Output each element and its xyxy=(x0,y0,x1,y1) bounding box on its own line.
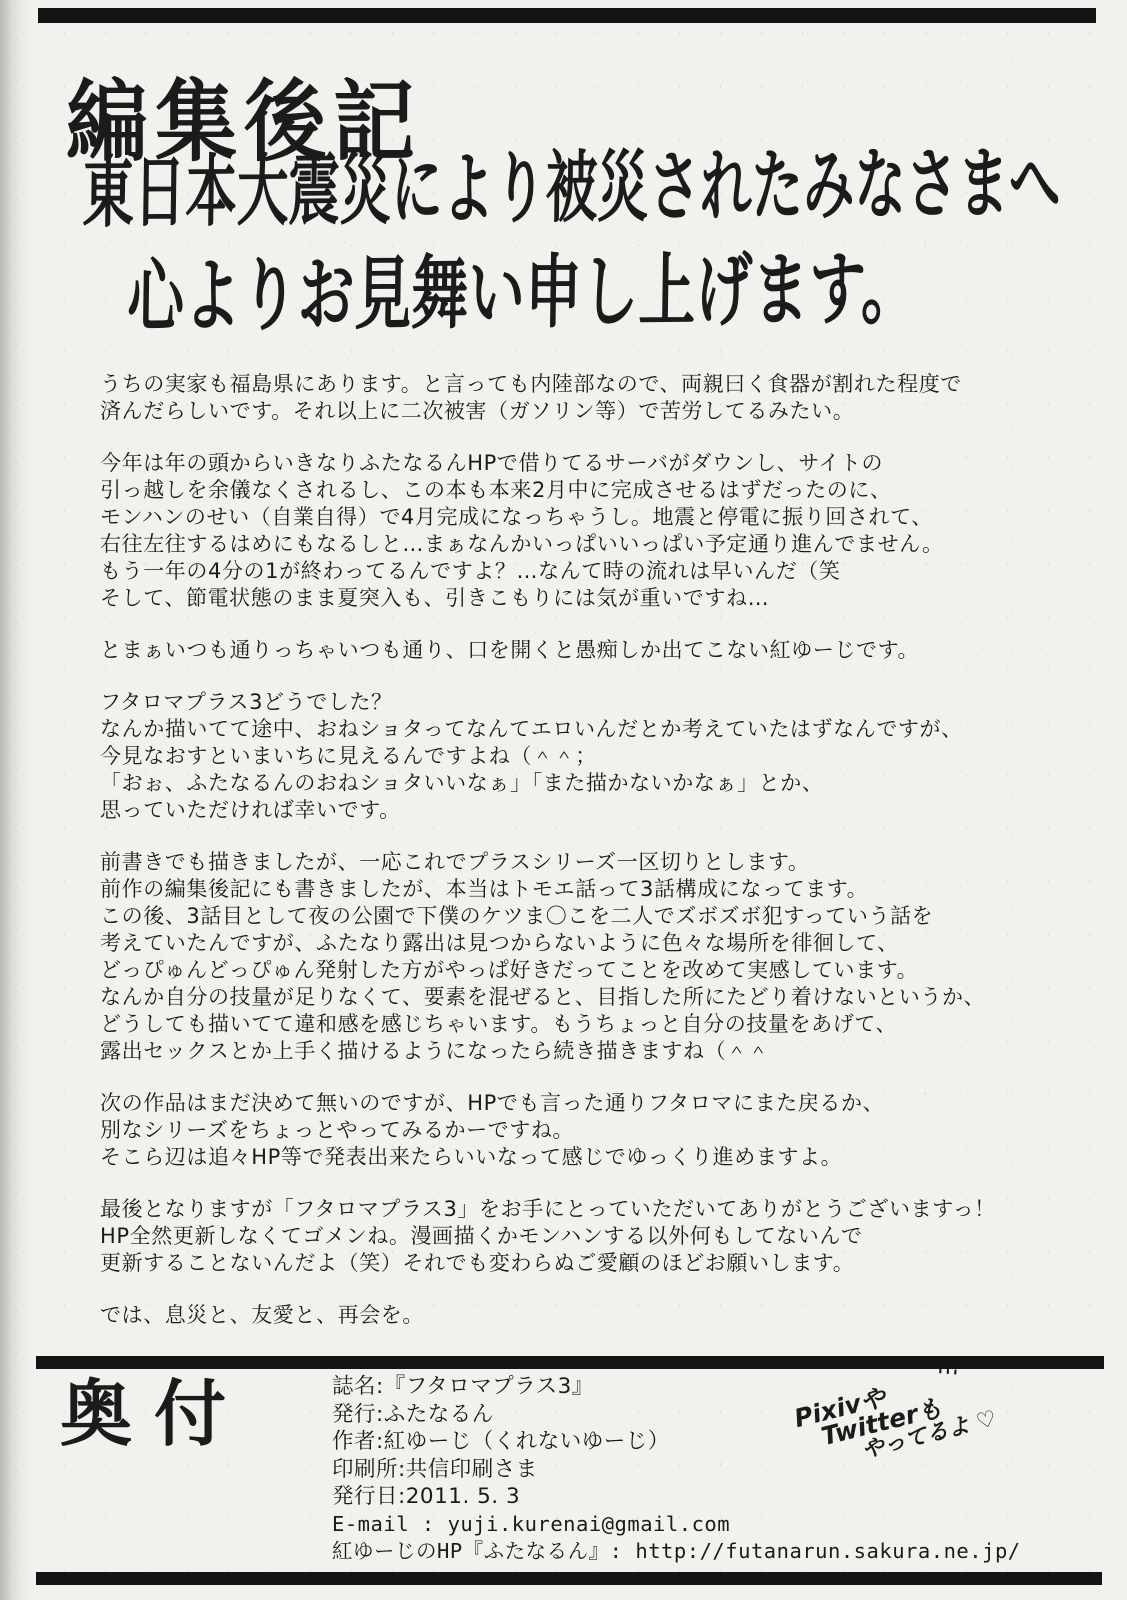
paragraph-farewell: では、息災と、友愛と、再会を。 xyxy=(100,1302,1080,1329)
colophon-heading: 奥付 xyxy=(60,1378,248,1450)
afterword-body: うちの実家も福島県にあります。と言っても内陸部なので、両親曰く食器が割れた程度で… xyxy=(100,371,1080,1354)
colophon-homepage-url: 紅ゆーじのHP『ふたなるん』: http://futanarun.sakura.… xyxy=(332,1538,1021,1566)
emphasis-marks: ''' xyxy=(936,1364,960,1390)
paragraph-greeting: とまぁいつも通りっちゃいつも通り、口を開くと愚痴しか出てこない紅ゆーじです。 xyxy=(100,637,1080,664)
colophon-publish-date: 発行日:2011. 5. 3 xyxy=(332,1483,1021,1511)
paragraph-next-work: 次の作品はまだ決めて無いのですが、HPでも言った通りフタロマにまた戻るか、 別な… xyxy=(100,1090,1080,1171)
bottom-rule xyxy=(36,1572,1102,1585)
paragraph-family: うちの実家も福島県にあります。と言っても内陸部なので、両親曰く食器が割れた程度で… xyxy=(100,371,1080,425)
condolence-message: 東日本大震災により被災されたみなさまへ 心よりお見舞い申し上げます。 xyxy=(83,134,1127,343)
paragraph-series-plans: 前書きでも描きましたが、一応これでプラスシリーズ一区切りとします。 前作の編集後… xyxy=(100,849,1080,1065)
colophon-printer: 印刷所:共信印刷さま xyxy=(332,1456,1021,1484)
condolence-line-1: 東日本大震災により被災されたみなさまへ xyxy=(82,140,1061,240)
paragraph-thanks: 最後となりますが「フタロマプラス3」をお手にとっていただいてありがとうございます… xyxy=(100,1196,1080,1277)
scan-edge-shadow xyxy=(0,0,34,1600)
afterword-page: 編集後記 東日本大震災により被災されたみなさまへ 心よりお見舞い申し上げます。 … xyxy=(0,0,1127,1600)
paragraph-book-review: フタロマプラス3どうでした？ なんか描いてて途中、おねショタってなんてエロいんだ… xyxy=(100,689,1080,824)
paragraph-year-trouble: 今年は年の頭からいきなりふたなるんHPで借りてるサーバがダウンし、サイトの 引っ… xyxy=(100,450,1080,612)
top-rule xyxy=(38,8,1096,23)
colophon-email: E-mail : yuji.kurenai@gmail.com xyxy=(332,1511,1021,1539)
condolence-line-2: 心よりお見舞い申し上げます。 xyxy=(127,240,1127,343)
